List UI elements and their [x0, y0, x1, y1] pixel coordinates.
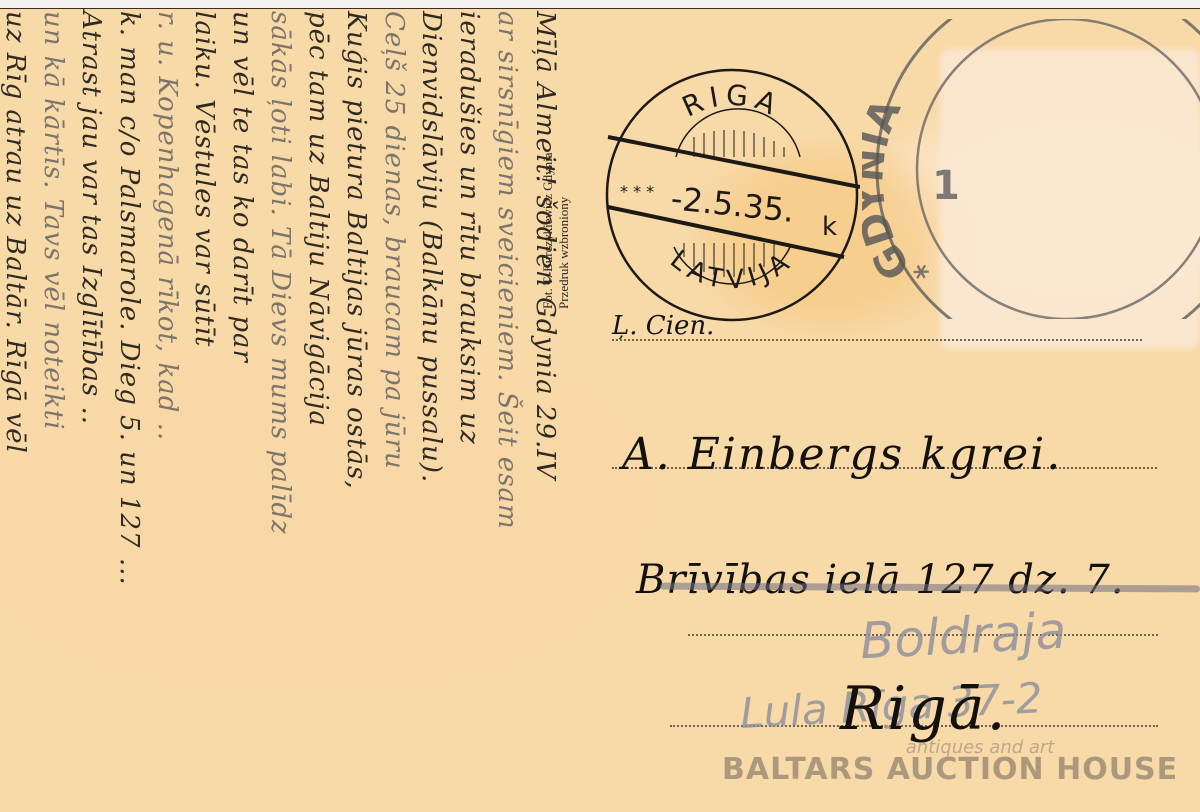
auction-watermark: antiques and art BALTARS AUCTION HOUSE	[722, 737, 1178, 787]
riga-postmark: RIGA LATVIJA * * * -2.5.35. k	[604, 67, 860, 323]
gdynia-postmark-numeral: 1	[932, 163, 960, 209]
postcard: Mīļā Almeit! šodien Gdynia 29.IVar sirsn…	[0, 8, 1200, 812]
message-line: un kā kārtīs. Tavs vēl noteikti	[38, 11, 68, 811]
publisher-credit: Fot. T. Burczykiewicz Gdynia	[540, 152, 556, 309]
message-line: Mīļā Almeit! šodien Gdynia 29.IV	[530, 11, 560, 811]
address-street-struck: Brīvības ielā 127 dz. 7.	[636, 557, 1125, 603]
message-line: Kuģis pietura Baltijas jūras ostās,	[341, 11, 371, 811]
message-line: Dienvidslāviju (Balkānu pussalu).	[416, 11, 446, 811]
message-line: ieradušies un rītu brauksim uz	[454, 11, 484, 811]
message-line: un vēl te tas ko darīt par	[227, 11, 257, 811]
handwritten-message: Mīļā Almeit! šodien Gdynia 29.IVar sirsn…	[0, 9, 560, 812]
svg-text:RIGA: RIGA	[677, 78, 787, 123]
message-line: sākās ļoti labi. Tā Dievs mums palīdz	[265, 11, 295, 811]
address-salutation: Ļ. Cien.	[612, 311, 714, 341]
message-line: Atrast jau var tas Izglītības ..	[76, 11, 106, 811]
svg-text:GDYNIA: GDYNIA	[862, 92, 920, 287]
svg-text:*: *	[909, 258, 940, 296]
riga-postmark-city: RIGA	[677, 78, 787, 123]
watermark-title: BALTARS AUCTION HOUSE	[722, 752, 1178, 787]
reprint-notice: Przedruk wzbroniony	[556, 152, 572, 309]
riga-postmark-stars: * * *	[620, 182, 654, 201]
message-line: laiku. Vēstules var sūtīt	[189, 11, 219, 811]
message-line: ar sirsnīgiem sveicieniem. Šeit esam	[492, 11, 522, 811]
address-recipient: A. Einbergs kgrei.	[622, 429, 1062, 480]
gdynia-postmark: GDYNIA 1 *	[862, 19, 1200, 319]
message-line: r. u. Kopenhagenā rīkot, kad ..	[152, 11, 182, 811]
message-line: uz Rīg atrau uz Baltār. Rīgā vēl	[0, 11, 30, 811]
message-line: Ceļš 25 dienas, braucam pa jūru	[379, 11, 409, 811]
gdynia-postmark-city: GDYNIA	[862, 92, 920, 287]
pencil-correction-1: Boldraja	[859, 602, 1068, 671]
printed-publisher-text: Fot. T. Burczykiewicz Gdynia Przedruk wz…	[540, 152, 572, 309]
riga-postmark-suffix: k	[822, 212, 837, 242]
address-city: Rigā.	[840, 674, 1008, 744]
message-line: k. man c/o Palsmarole. Dieg 5. un 127 ..…	[114, 11, 144, 811]
svg-text:LATVIJA: LATVIJA	[664, 245, 799, 296]
riga-postmark-country: LATVIJA	[664, 245, 799, 296]
message-line: pēc tam uz Baltiju Nāvigācija	[303, 11, 333, 811]
